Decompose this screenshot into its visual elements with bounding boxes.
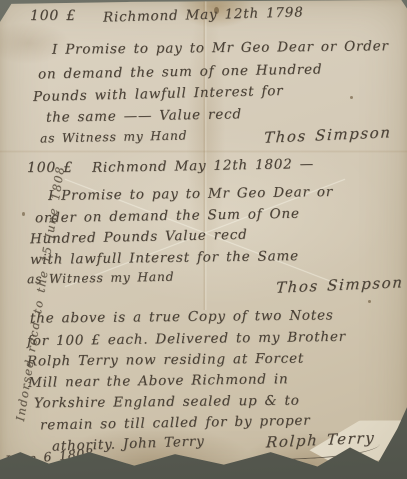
signature-thos-simpson: Thos Simpson	[276, 273, 405, 297]
note-line: on demand the sum of one Hundred	[38, 62, 323, 83]
note-place-date: Richmond May 12th 1798	[103, 4, 304, 25]
ink-speck	[368, 300, 371, 303]
memo-line: Rolph Terry now residing at Forcet	[27, 351, 304, 370]
note-line: the same —— Value recd	[46, 106, 242, 125]
memo-line: the above is a true Copy of two Notes	[30, 307, 334, 326]
note-line: as Witness my Hand	[40, 128, 188, 145]
note-line: I Promise to pay to Mr Geo Dear or	[48, 184, 333, 204]
note-line: with lawfull Interest for the Same	[30, 248, 299, 268]
signature-thos-simpson: Thos Simpson	[264, 123, 393, 147]
photo-background: 100 £ Richmond May 12th 1798 I Promise t…	[0, 0, 407, 479]
memo-line: for 100 £ each. Delivered to my Brother	[27, 329, 346, 349]
ink-speck	[350, 96, 353, 99]
note-line: Pounds with lawfull Interest for	[33, 83, 284, 105]
memo-line: Yorkshire England sealed up & to	[34, 393, 300, 412]
note-amount: 100 £	[30, 8, 76, 24]
ink-speck	[22, 212, 25, 216]
note-line: I Promise to pay to Mr Geo Dear or Order	[52, 38, 389, 58]
manuscript-paper: 100 £ Richmond May 12th 1798 I Promise t…	[0, 0, 407, 479]
memo-date: June 6 1808	[5, 445, 95, 468]
note-line: Hundred Pounds Value recd	[30, 227, 248, 248]
memo-line: remain so till called for by proper	[40, 413, 311, 434]
note-line: order on demand the Sum of One	[35, 206, 300, 227]
horizontal-fold-crease	[0, 150, 407, 153]
note-place-date: Richmond May 12th 1802 —	[92, 156, 314, 176]
memo-line: Mill near the Above Richmond in	[28, 371, 289, 391]
